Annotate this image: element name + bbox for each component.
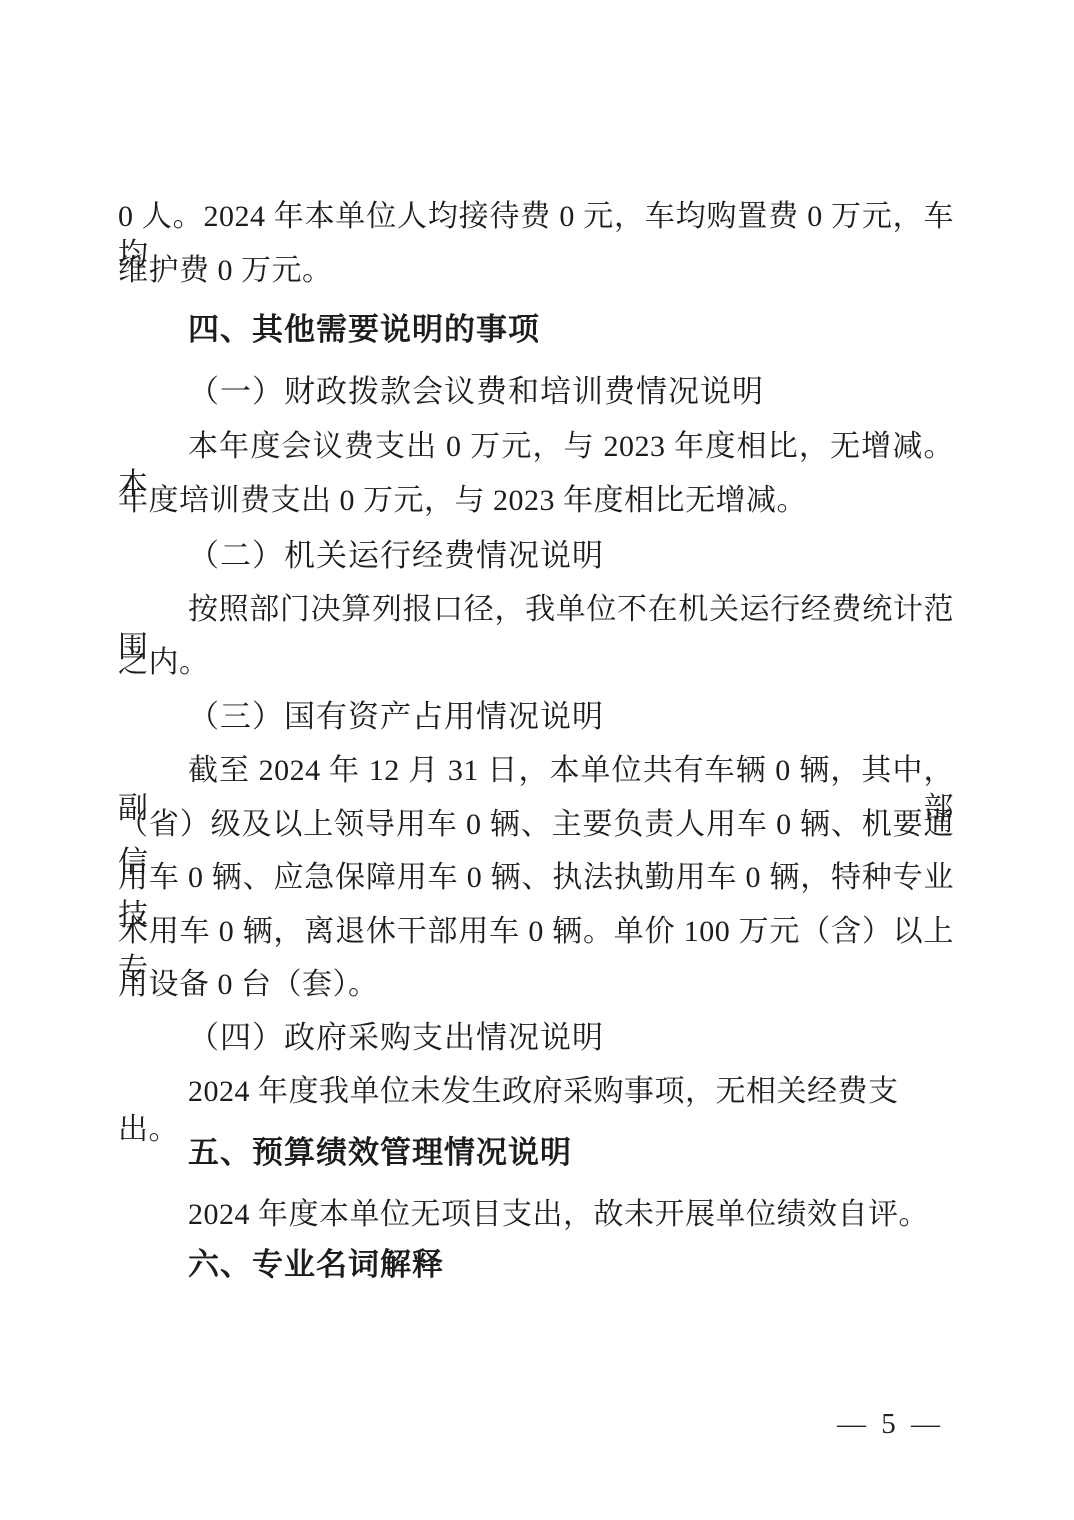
subsection-heading: （二）机关运行经费情况说明 bbox=[118, 537, 954, 575]
section-heading: 四、其他需要说明的事项 bbox=[118, 311, 954, 349]
body-line: 用设备 0 台（套）。 bbox=[118, 966, 954, 1004]
subsection-heading: （四）政府采购支出情况说明 bbox=[118, 1019, 954, 1057]
subsection-heading: （一）财政拨款会议费和培训费情况说明 bbox=[118, 373, 954, 411]
body-line: 2024 年度本单位无项目支出，故未开展单位绩效自评。 bbox=[118, 1196, 954, 1234]
subsection-heading: （三）国有资产占用情况说明 bbox=[118, 698, 954, 736]
section-heading: 六、专业名词解释 bbox=[118, 1246, 954, 1284]
document-page: 0 人。2024 年本单位人均接待费 0 元，车均购置费 0 万元，车均 维护费… bbox=[0, 0, 1074, 1520]
body-line: 之内。 bbox=[118, 644, 954, 682]
section-heading: 五、预算绩效管理情况说明 bbox=[118, 1134, 954, 1172]
page-number: — 5 — bbox=[837, 1408, 944, 1441]
body-line: 年度培训费支出 0 万元，与 2023 年度相比无增减。 bbox=[118, 482, 954, 520]
body-line: 维护费 0 万元。 bbox=[118, 252, 954, 290]
